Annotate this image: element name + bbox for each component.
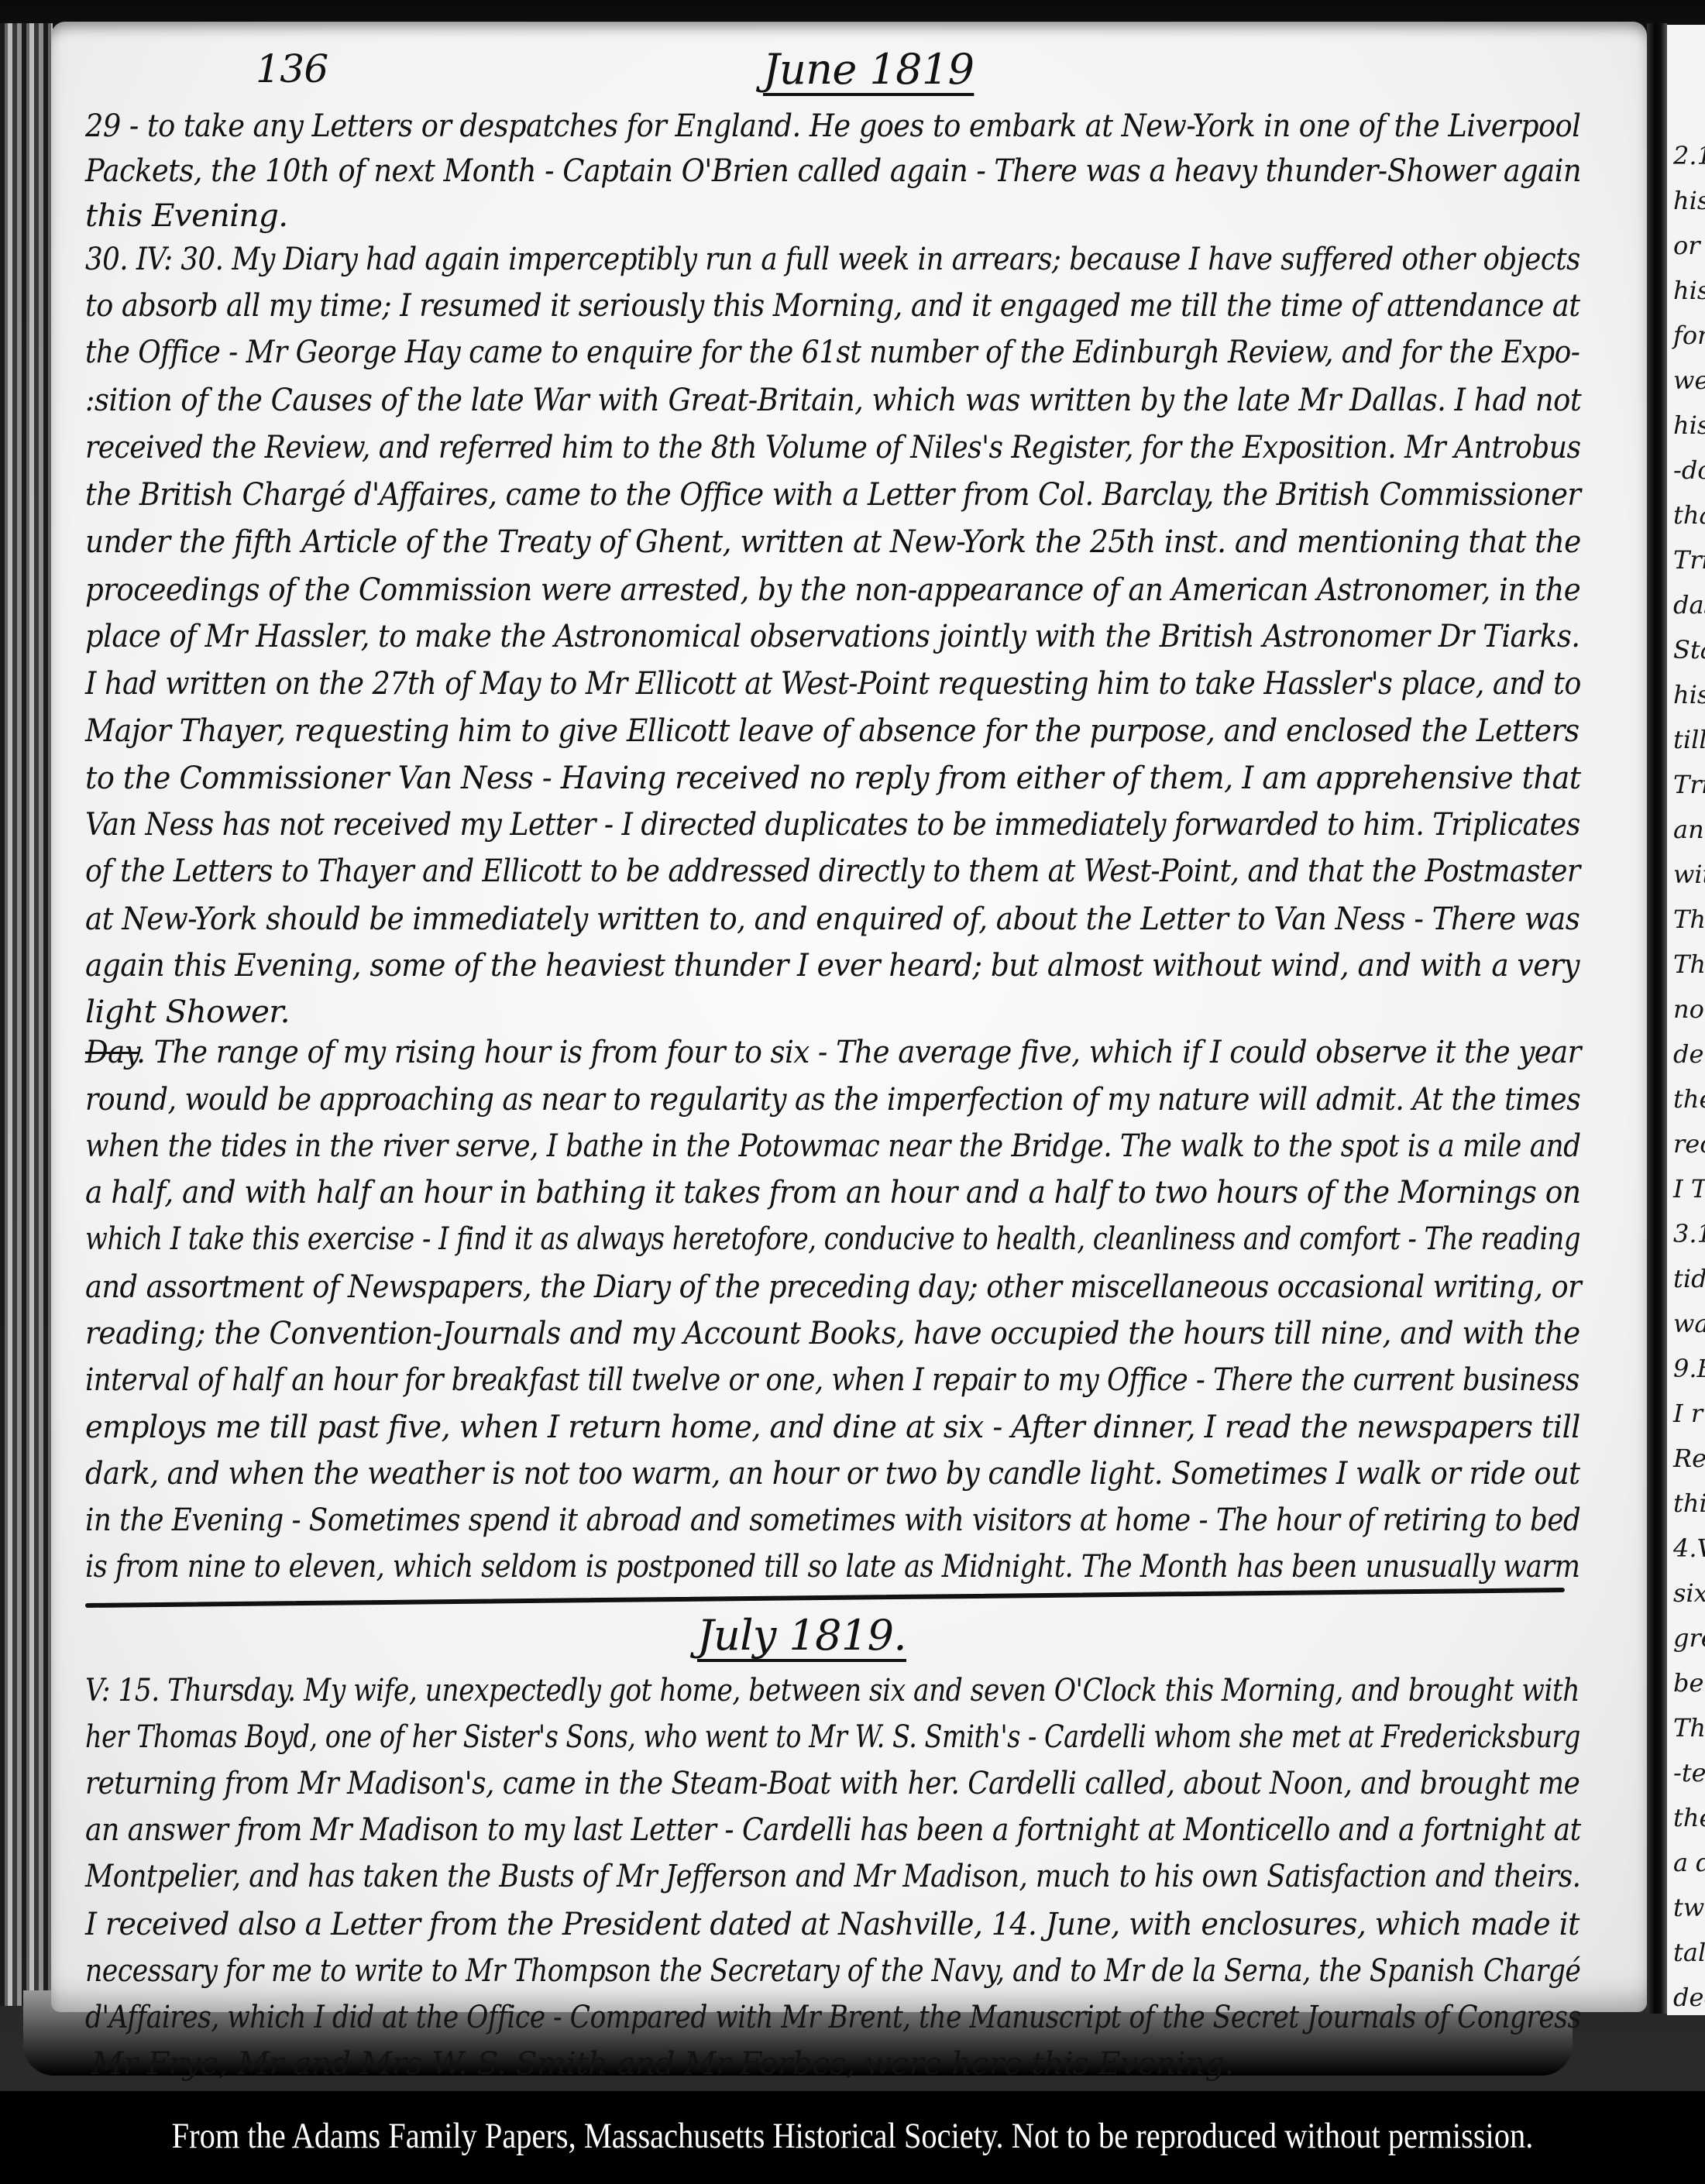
diary-line: I had written on the 27th of May to Mr E… — [85, 664, 1581, 702]
diary-line: again this Evening, some of the heaviest… — [85, 946, 1580, 984]
next-page-fragment: tall — [1673, 1938, 1705, 1967]
next-page-fragment: Tri — [1673, 545, 1705, 575]
next-page-fragment: grea — [1673, 1623, 1705, 1653]
next-page-edge: 2.1hisor ahisforweahis g-domthaTridasSta… — [1667, 25, 1705, 2015]
book-binding-left — [0, 23, 53, 2006]
diary-line: Packets, the 10th of next Month - Captai… — [85, 152, 1581, 189]
diary-line: necessary for me to write to Mr Thompson… — [85, 1952, 1580, 1989]
next-page-fragment: till — [1673, 725, 1705, 754]
next-page-fragment: The — [1673, 905, 1705, 934]
diary-line: Montpelier, and has taken the Busts of M… — [85, 1857, 1580, 1894]
diary-line: dark, and when the weather is not too wa… — [85, 1454, 1580, 1492]
diary-line: interval of half an hour for breakfast t… — [85, 1361, 1580, 1398]
next-page-fragment: deep — [1673, 1983, 1705, 2012]
next-page-fragment: 9.B — [1673, 1354, 1705, 1383]
diary-line: d'Affaires, which I did at the Office - … — [85, 1998, 1581, 2035]
next-page-fragment: or a — [1673, 231, 1705, 260]
diary-line: Mr Frye, Mr and Mrs W. S. Smith and Mr F… — [91, 2045, 1234, 2082]
next-page-fragment: I T — [1673, 1174, 1705, 1204]
diary-line: which I take this exercise - I find it a… — [85, 1220, 1580, 1257]
next-page-fragment: his g — [1673, 410, 1705, 440]
next-page-fragment: twe — [1673, 1893, 1705, 1922]
diary-line: her Thomas Boyd, one of her Sister's Son… — [85, 1718, 1580, 1755]
diary-line: to the Commissioner Van Ness - Having re… — [85, 759, 1581, 796]
diary-line: of the Letters to Thayer and Ellicott to… — [85, 852, 1580, 889]
diary-line: I received also a Letter from the Presid… — [85, 1905, 1580, 1942]
next-page-fragment: Sta — [1673, 635, 1705, 664]
diary-line: in the Evening - Sometimes spend it abro… — [85, 1501, 1580, 1538]
diary-line: Day. The range of my rising hour is from… — [85, 1033, 1581, 1070]
next-page-fragment: no l — [1673, 994, 1705, 1024]
diary-line: a half, and with half an hour in bathing… — [85, 1173, 1581, 1210]
diary-line: place of Mr Hassler, to make the Astrono… — [85, 617, 1580, 654]
diary-line: this Evening. — [85, 197, 288, 234]
month-header-july: July 1819. — [697, 1611, 906, 1660]
day-underline — [85, 1052, 139, 1054]
diary-line: when the tides in the river serve, I bat… — [85, 1127, 1581, 1164]
diary-line: under the fifth Article of the Treaty of… — [85, 523, 1581, 560]
next-page-fragment: the — [1673, 1803, 1705, 1832]
diary-line: is from nine to eleven, which seldom is … — [85, 1547, 1580, 1585]
next-page-fragment: 2.1 — [1673, 141, 1705, 170]
next-page-fragment: rec — [1673, 1129, 1705, 1159]
diary-line: an answer from Mr Madison to my last Let… — [85, 1811, 1581, 1848]
copyright-caption: From the Adams Family Papers, Massachuse… — [119, 2105, 1586, 2167]
next-page-fragment: a de — [1673, 1848, 1705, 1877]
next-page-fragment: I r — [1673, 1399, 1703, 1428]
diary-line: light Shower. — [85, 993, 290, 1030]
diary-line: at New-York should be immediately writte… — [85, 900, 1580, 937]
next-page-fragment: an — [1673, 815, 1704, 844]
diary-line: returning from Mr Madison's, came in the… — [85, 1764, 1580, 1801]
diary-line: employs me till past five, when I return… — [85, 1408, 1580, 1445]
next-page-fragment: bein — [1673, 1668, 1705, 1698]
diary-line: :sition of the Causes of the late War wi… — [85, 381, 1581, 418]
next-page-fragment: his — [1673, 276, 1705, 305]
next-page-fragment: six — [1673, 1578, 1705, 1608]
diary-line: 29 - to take any Letters or despatches f… — [85, 107, 1580, 144]
next-page-fragment: das — [1673, 590, 1705, 620]
diary-line: the British Chargé d'Affaires, came to t… — [85, 476, 1580, 513]
month-header-june: June 1819 — [763, 45, 974, 94]
next-page-fragment: tid — [1673, 1264, 1705, 1293]
diary-line: Major Thayer, requesting him to give Ell… — [85, 712, 1580, 749]
diary-line: the Office - Mr George Hay came to enqui… — [85, 333, 1580, 370]
next-page-fragment: Re — [1673, 1444, 1705, 1473]
diary-line: reading; the Convention-Journals and my … — [85, 1314, 1580, 1351]
book-gutter — [1647, 23, 1667, 2014]
next-page-fragment: -dom — [1673, 455, 1705, 485]
next-page-fragment: de l — [1673, 1039, 1705, 1069]
next-page-fragment: -tera — [1673, 1758, 1705, 1787]
next-page-fragment: his — [1673, 680, 1705, 709]
next-page-fragment: tha — [1673, 500, 1705, 530]
diary-line: 30. IV: 30. My Diary had again impercept… — [85, 240, 1580, 277]
diary-line: proceedings of the Commission were arres… — [85, 571, 1580, 608]
diary-line: to absorb all my time; I resumed it seri… — [85, 287, 1580, 324]
next-page-fragment: wa — [1673, 1309, 1705, 1338]
next-page-fragment: 3.1 — [1673, 1219, 1705, 1248]
diary-line: V: 15. Thursday. My wife, unexpectedly g… — [85, 1671, 1580, 1708]
diary-line: received the Review, and referred him to… — [85, 428, 1580, 465]
next-page-fragment: wea — [1673, 366, 1705, 395]
next-page-fragment: the — [1673, 1084, 1705, 1114]
diary-line: round, would be approaching as near to r… — [85, 1080, 1580, 1118]
next-page-fragment: The — [1673, 949, 1705, 979]
next-page-fragment: Tri — [1673, 770, 1705, 799]
next-page-fragment: 4.V — [1673, 1533, 1705, 1563]
page-number: 136 — [256, 46, 328, 91]
diary-line: and assortment of Newspapers, the Diary … — [85, 1268, 1581, 1305]
next-page-fragment: Tha — [1673, 1713, 1705, 1743]
next-page-fragment: this — [1673, 1489, 1705, 1518]
next-page-fragment: his — [1673, 186, 1705, 215]
diary-line: Van Ness has not received my Letter - I … — [85, 805, 1580, 843]
next-page-fragment: for — [1673, 321, 1705, 350]
next-page-fragment: wit — [1673, 860, 1705, 889]
